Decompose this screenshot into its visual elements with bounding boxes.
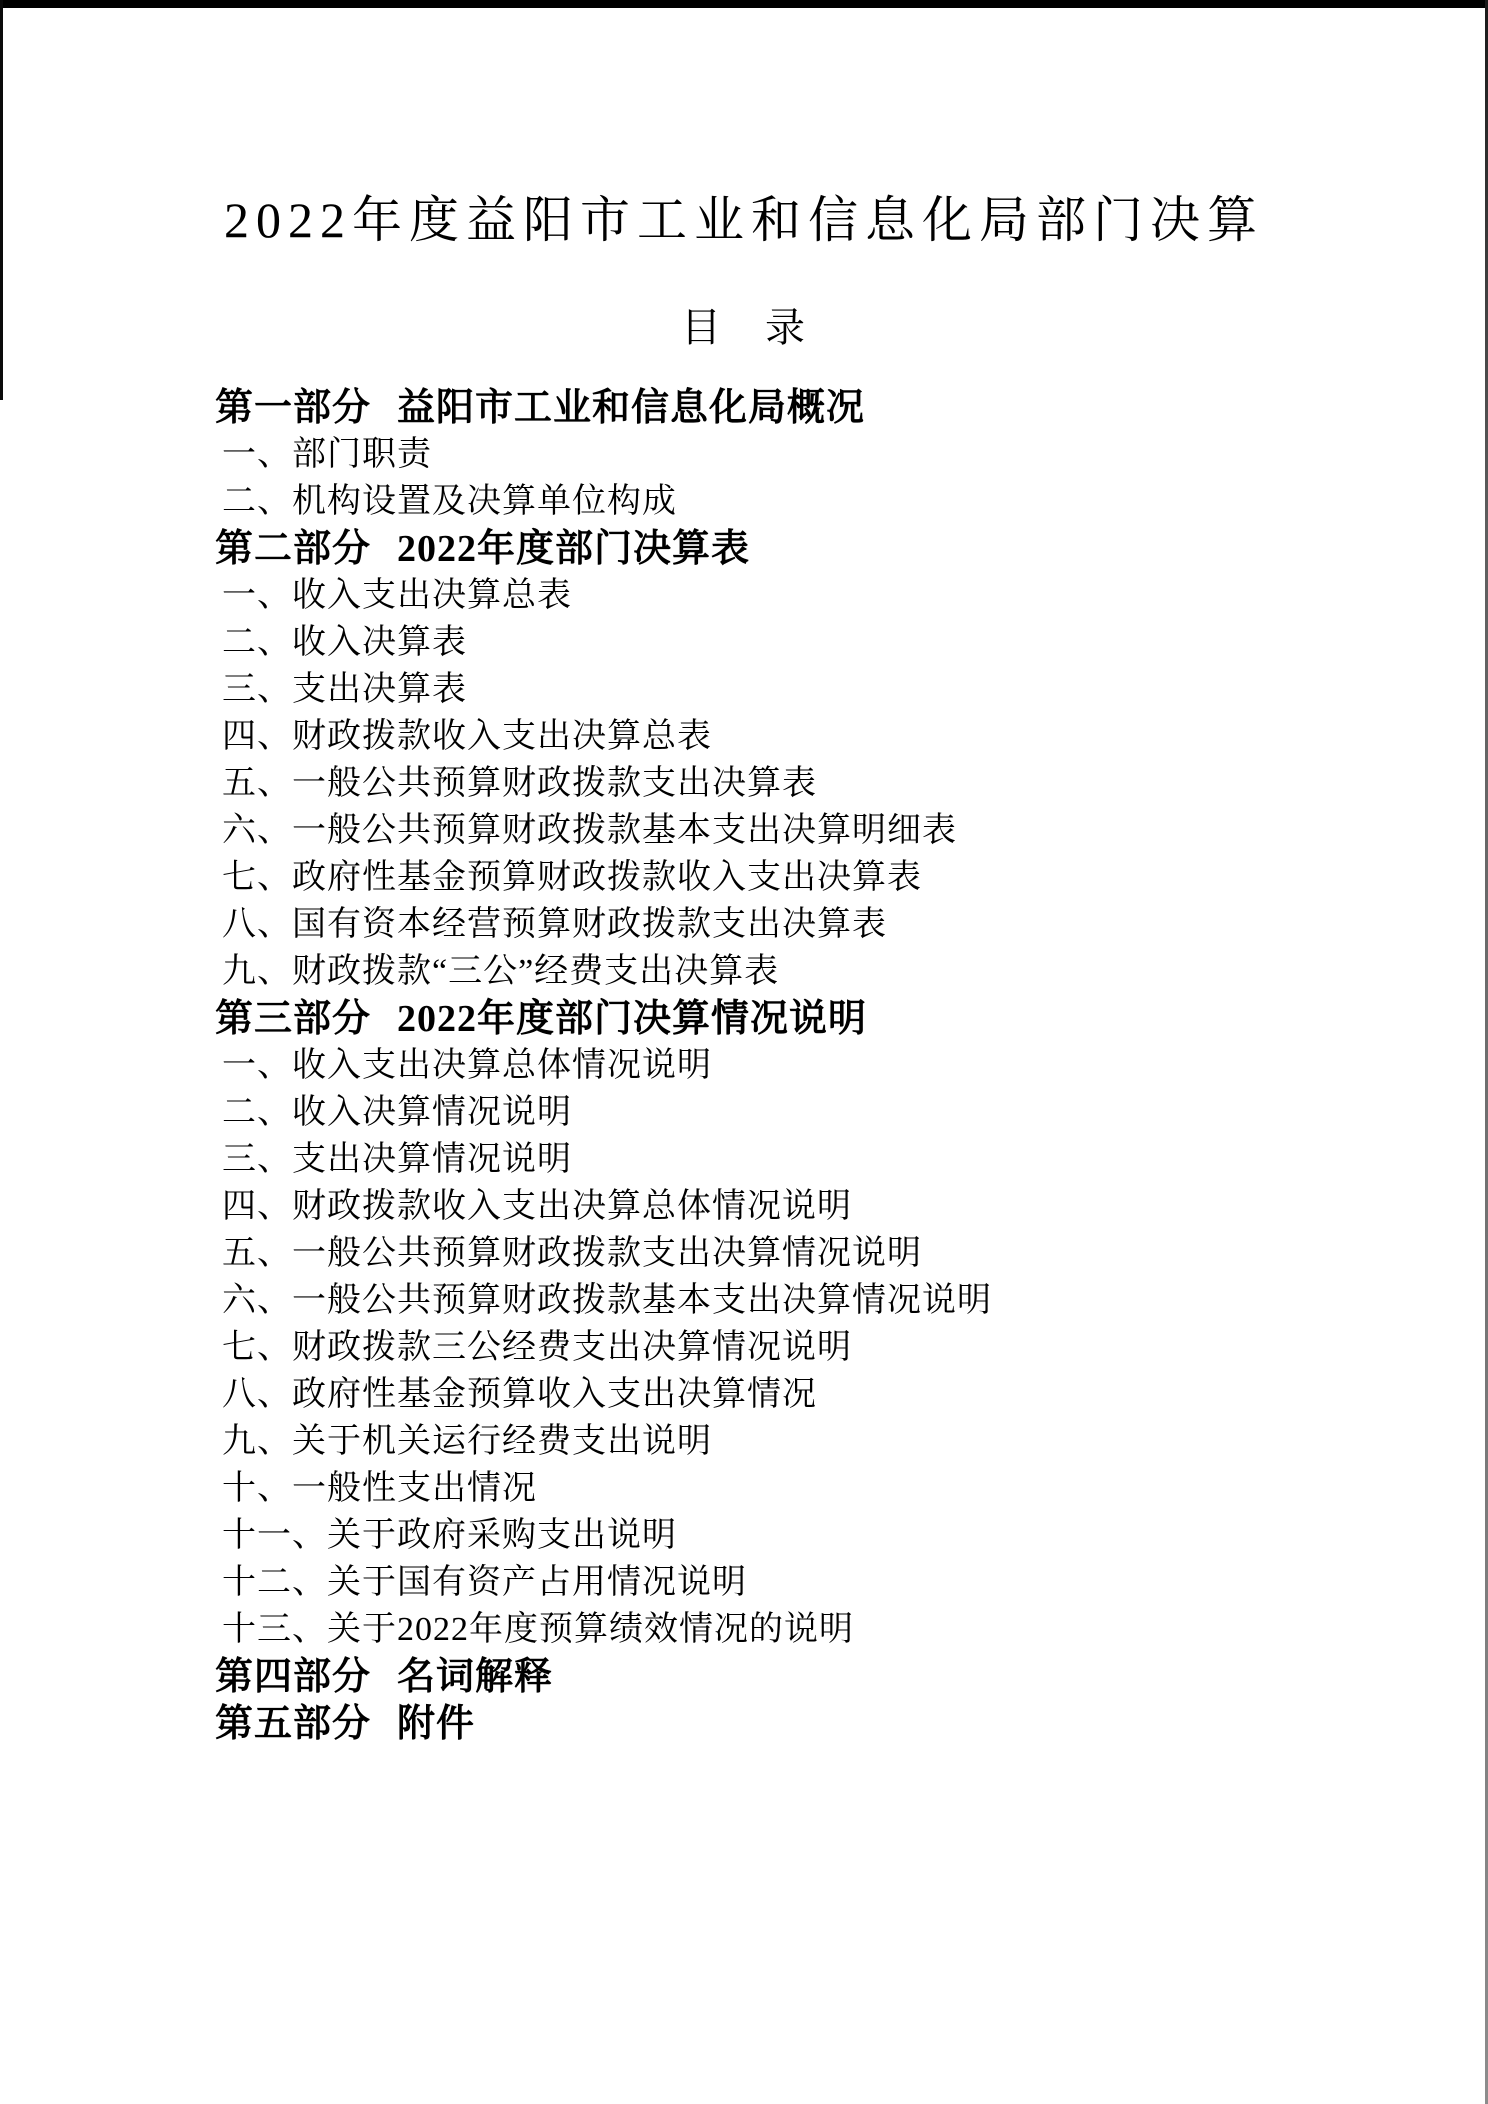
part-title: 2022年度部门决算表 [397,517,750,572]
part-title: 附件 [397,1692,475,1747]
toc-item: 五、一般公共预算财政拨款支出决算表 [0,756,1488,803]
toc-item: 一、部门职责 [0,427,1488,474]
part-label: 第三部分 [215,987,371,1042]
toc-item: 九、关于机关运行经费支出说明 [0,1414,1488,1461]
toc-item: 二、机构设置及决算单位构成 [0,474,1488,521]
toc-item: 四、财政拨款收入支出决算总体情况说明 [0,1179,1488,1226]
toc-item: 五、一般公共预算财政拨款支出决算情况说明 [0,1226,1488,1273]
part-label: 第五部分 [215,1692,371,1747]
toc-part-heading: 第三部分2022年度部门决算情况说明 [0,991,1488,1038]
toc-part-heading: 第四部分名词解释 [0,1649,1488,1696]
toc-item: 三、支出决算表 [0,662,1488,709]
toc-item: 十二、关于国有资产占用情况说明 [0,1555,1488,1602]
toc-item: 二、收入决算表 [0,615,1488,662]
part-title: 2022年度部门决算情况说明 [397,987,867,1042]
part-label: 第二部分 [215,517,371,572]
toc-part-heading: 第二部分2022年度部门决算表 [0,521,1488,568]
toc-item: 一、收入支出决算总体情况说明 [0,1038,1488,1085]
toc-item: 七、政府性基金预算财政拨款收入支出决算表 [0,850,1488,897]
toc-list: 第一部分益阳市工业和信息化局概况一、部门职责二、机构设置及决算单位构成第二部分2… [0,380,1488,1743]
toc-item: 二、收入决算情况说明 [0,1085,1488,1132]
toc-item: 九、财政拨款“三公”经费支出决算表 [0,944,1488,991]
toc-item: 四、财政拨款收入支出决算总表 [0,709,1488,756]
toc-item: 八、政府性基金预算收入支出决算情况 [0,1367,1488,1414]
toc-item: 三、支出决算情况说明 [0,1132,1488,1179]
toc-item: 十一、关于政府采购支出说明 [0,1508,1488,1555]
toc-item: 六、一般公共预算财政拨款基本支出决算明细表 [0,803,1488,850]
scanned-document-page: 2022年度益阳市工业和信息化局部门决算 目 录 第一部分益阳市工业和信息化局概… [0,0,1488,2104]
toc-item: 一、收入支出决算总表 [0,568,1488,615]
toc-item: 十、一般性支出情况 [0,1461,1488,1508]
part-label: 第一部分 [215,376,371,431]
toc-item: 十三、关于2022年度预算绩效情况的说明 [0,1602,1488,1649]
toc-item: 七、财政拨款三公经费支出决算情况说明 [0,1320,1488,1367]
toc-heading: 目 录 [0,296,1488,353]
toc-item: 六、一般公共预算财政拨款基本支出决算情况说明 [0,1273,1488,1320]
part-title: 益阳市工业和信息化局概况 [397,376,865,431]
document-title: 2022年度益阳市工业和信息化局部门决算 [0,180,1488,252]
toc-part-heading: 第五部分附件 [0,1696,1488,1743]
scan-edge-top [0,0,1488,8]
toc-part-heading: 第一部分益阳市工业和信息化局概况 [0,380,1488,427]
toc-item: 八、国有资本经营预算财政拨款支出决算表 [0,897,1488,944]
